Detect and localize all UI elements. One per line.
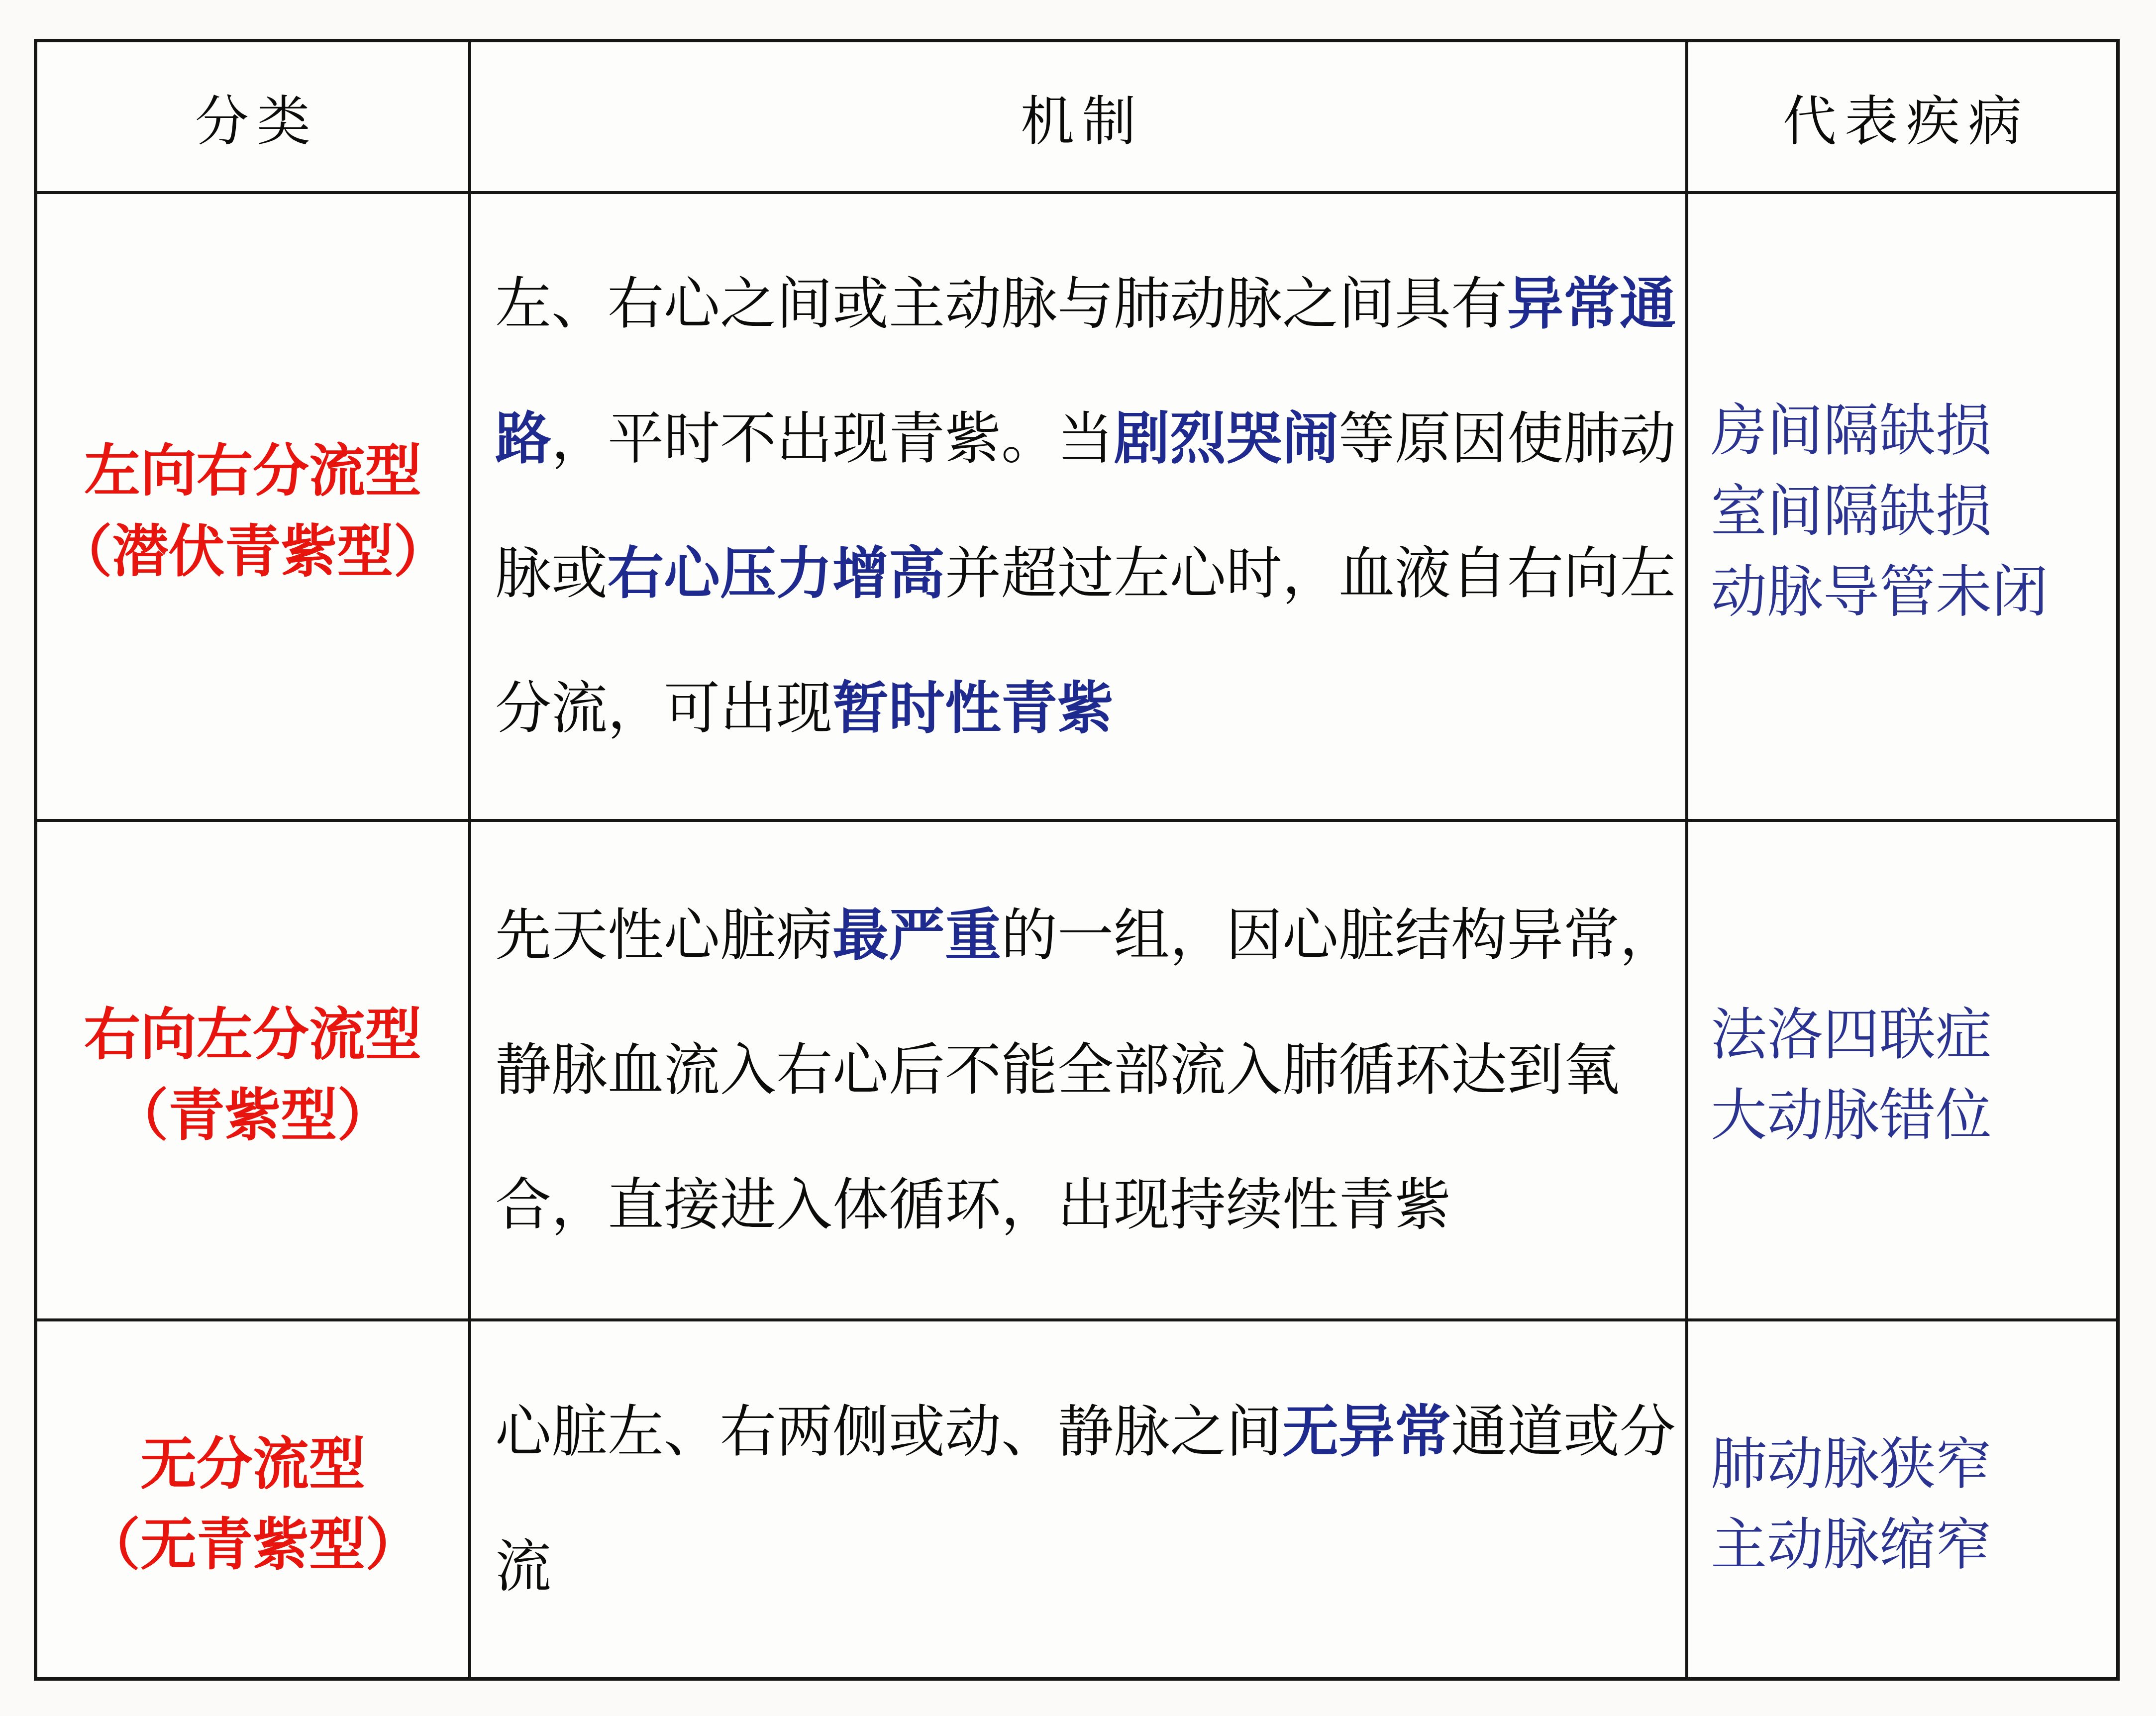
- text-segment: 流: [495, 1536, 551, 1598]
- header-cell-diseases: 代表疾病: [1688, 42, 2116, 194]
- text-segment: 静脉血流入右心后不能全部流入肺循环达到氧: [495, 1039, 1620, 1102]
- highlighted-text: 暂时性青紫: [832, 678, 1114, 740]
- classification-table: 分类 机制 代表疾病 左向右分流型（潜伏青紫型） 左、右心之间或主动脉与肺动脉之…: [34, 39, 2120, 1681]
- document-page: { "colors":{ "page_bg":"#fbfaf8", "borde…: [0, 0, 2156, 1716]
- text-segment: 先天性心脏病: [495, 905, 832, 967]
- text-segment: 通道或分: [1451, 1401, 1676, 1463]
- text-segment: 脉或: [495, 543, 608, 605]
- diseases-cell-right-to-left-shunt: 法洛四联症大动脉错位: [1688, 822, 2116, 1321]
- text-line: 房间隔缺损: [1711, 386, 2116, 466]
- text-line: 左向右分流型: [37, 426, 468, 506]
- mechanism-cell-no-shunt: 心脏左、右两侧或动、静脉之间无异常通道或分流: [471, 1321, 1688, 1677]
- text-line: 流: [495, 1500, 1681, 1634]
- text-line: 心脏左、右两侧或动、静脉之间无异常通道或分: [495, 1365, 1681, 1500]
- text-segment: 并超过左心时，血液自右向左: [945, 543, 1676, 605]
- header-cell-mechanism: 机制: [471, 42, 1688, 194]
- text-line: 脉或右心压力增高并超过左心时，血液自右向左: [495, 506, 1681, 641]
- highlighted-text: 无异常: [1282, 1401, 1451, 1463]
- text-line: 静脉血流入右心后不能全部流入肺循环达到氧: [495, 1003, 1681, 1138]
- mechanism-cell-right-to-left-shunt: 先天性心脏病最严重的一组，因心脏结构异常，静脉血流入右心后不能全部流入肺循环达到…: [471, 822, 1688, 1321]
- diseases-cell-no-shunt: 肺动脉狭窄主动脉缩窄: [1688, 1321, 2116, 1677]
- text-segment: 的一组，因心脏结构异常，: [1001, 905, 1676, 967]
- header-cell-category: 分类: [37, 42, 471, 194]
- category-cell-left-to-right-shunt: 左向右分流型（潜伏青紫型）: [37, 194, 471, 822]
- text-line: 左、右心之间或主动脉与肺动脉之间具有异常通: [495, 237, 1681, 372]
- text-line: 动脉导管未闭: [1711, 547, 2116, 627]
- highlighted-text: 路: [495, 408, 551, 470]
- text-line: 室间隔缺损: [1711, 466, 2116, 547]
- text-line: 肺动脉狭窄: [1711, 1419, 2116, 1500]
- text-line: 无分流型: [37, 1419, 468, 1500]
- text-line: 分流，可出现暂时性青紫: [495, 641, 1681, 776]
- text-line: （青紫型）: [37, 1070, 468, 1151]
- diseases-cell-left-to-right-shunt: 房间隔缺损室间隔缺损动脉导管未闭: [1688, 194, 2116, 822]
- text-segment: 心脏左、右两侧或动、静脉之间: [495, 1401, 1282, 1463]
- text-line: 先天性心脏病最严重的一组，因心脏结构异常，: [495, 868, 1681, 1003]
- text-segment: 等原因使肺动: [1338, 408, 1676, 470]
- text-line: 大动脉错位: [1711, 1070, 2116, 1151]
- text-line: （潜伏青紫型）: [37, 506, 468, 587]
- text-segment: 合，直接进入体循环，出现持续性青紫: [495, 1174, 1451, 1236]
- highlighted-text: 右心压力增高: [608, 543, 945, 605]
- text-segment: 分流，可出现: [495, 678, 832, 740]
- text-line: 法洛四联症: [1711, 990, 2116, 1070]
- text-line: 右向左分流型: [37, 990, 468, 1070]
- category-cell-no-shunt: 无分流型（无青紫型）: [37, 1321, 471, 1677]
- highlighted-text: 最严重: [832, 905, 1001, 967]
- text-line: （无青紫型）: [37, 1500, 468, 1580]
- text-line: 主动脉缩窄: [1711, 1500, 2116, 1580]
- category-cell-right-to-left-shunt: 右向左分流型（青紫型）: [37, 822, 471, 1321]
- text-line: 合，直接进入体循环，出现持续性青紫: [495, 1138, 1681, 1273]
- text-segment: ，平时不出现青紫。当: [551, 408, 1114, 470]
- highlighted-text: 剧烈哭闹: [1114, 408, 1338, 470]
- mechanism-cell-left-to-right-shunt: 左、右心之间或主动脉与肺动脉之间具有异常通路，平时不出现青紫。当剧烈哭闹等原因使…: [471, 194, 1688, 822]
- highlighted-text: 异常通: [1507, 273, 1676, 335]
- text-segment: 左、右心之间或主动脉与肺动脉之间具有: [495, 273, 1507, 335]
- text-line: 路，平时不出现青紫。当剧烈哭闹等原因使肺动: [495, 372, 1681, 506]
